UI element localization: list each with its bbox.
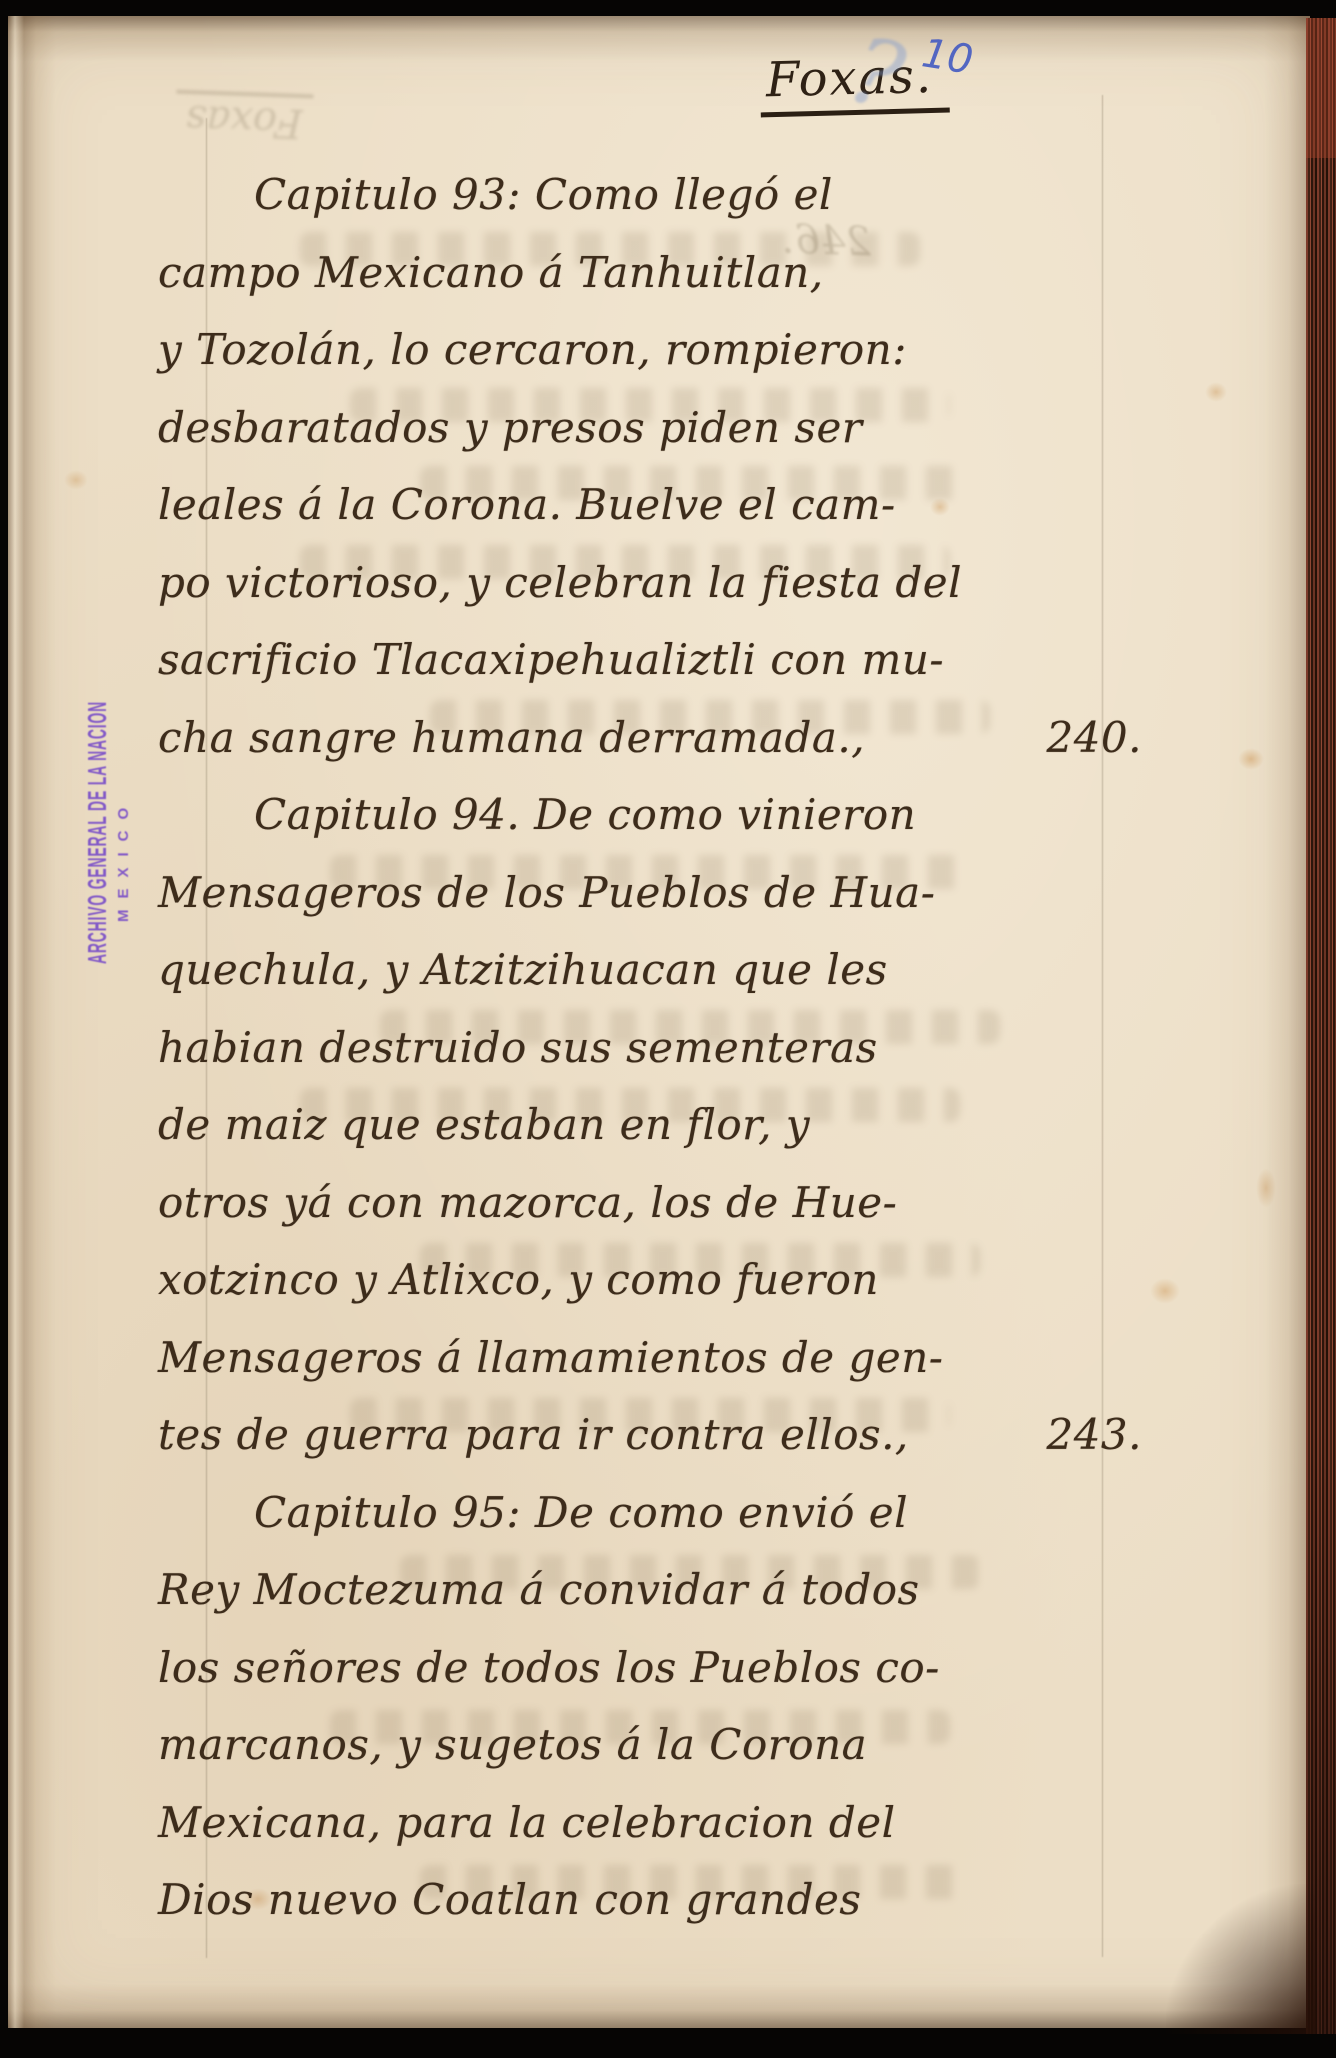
folio-reference-number: 240.	[1046, 699, 1150, 777]
toc-line: Capitulo 94. De como vinieron	[158, 776, 1150, 854]
toc-line: quechula, y Atzitzihuacan que les	[158, 931, 1150, 1009]
folio-number-blue: 10	[919, 30, 976, 83]
toc-line: otros yá con mazorca, los de Hue-	[158, 1164, 1150, 1242]
toc-line: Mensageros á llamamientos de gen-	[158, 1319, 1150, 1397]
toc-line: desbaratados y presos piden ser	[158, 389, 1150, 467]
toc-line-text: tes de guerra para ir contra ellos.,	[158, 1396, 909, 1474]
toc-entry-capitulo-94: Capitulo 94. De como vinieron Mensageros…	[158, 776, 1150, 1474]
toc-entry-capitulo-95: Capitulo 95: De como envió el Rey Moctez…	[158, 1474, 1150, 1939]
archive-stamp-line2: MEXICO	[115, 684, 132, 964]
foxing-spot	[1238, 748, 1264, 770]
toc-text-block: Capitulo 93: Como llegó el campo Mexican…	[158, 156, 1150, 1939]
book-fore-edge	[1306, 18, 1336, 2034]
bleedthrough-mirrored-title: Foxas	[175, 90, 313, 147]
toc-line: Mexicana, para la celebracion del	[158, 1784, 1150, 1862]
toc-line: Capitulo 95: De como envió el	[158, 1474, 1150, 1552]
archive-stamp-line1: ARCHIVO GENERAL DE LA NACION	[83, 701, 114, 964]
foxing-spot	[1150, 1278, 1180, 1304]
toc-line: de maiz que estaban en flor, y	[158, 1086, 1150, 1164]
toc-line: campo Mexicano á Tanhuitlan,	[158, 234, 1150, 312]
toc-line: y Tozolán, lo cercaron, rompieron:	[158, 311, 1150, 389]
toc-line: habian destruido sus sementeras	[158, 1009, 1150, 1087]
toc-line: leales á la Corona. Buelve el cam-	[158, 466, 1150, 544]
toc-line: po victorioso, y celebran la fiesta del	[158, 544, 1150, 622]
foxing-spot	[1256, 1168, 1276, 1208]
toc-line: los señores de todos los Pueblos co-	[158, 1629, 1150, 1707]
toc-line: tes de guerra para ir contra ellos., 243…	[158, 1396, 1150, 1474]
manuscript-photo: Foxas 246. Foxas. ? 10 ARCHIVO GENERAL D…	[0, 0, 1336, 2058]
binding-corner-shadow	[1166, 1884, 1316, 2034]
folio-reference-number: 243.	[1046, 1396, 1150, 1474]
foxing-spot	[1205, 382, 1227, 402]
toc-line: xotzinco y Atlixco, y como fueron	[158, 1241, 1150, 1319]
toc-line: Mensageros de los Pueblos de Hua-	[158, 854, 1150, 932]
toc-line: cha sangre humana derramada., 240.	[158, 699, 1150, 777]
toc-line: marcanos, y sugetos á la Corona	[158, 1706, 1150, 1784]
toc-line-text: cha sangre humana derramada.,	[158, 699, 865, 777]
archive-stamp: ARCHIVO GENERAL DE LA NACION MEXICO	[88, 684, 132, 964]
toc-line: Dios nuevo Coatlan con grandes	[158, 1861, 1150, 1939]
toc-line: Rey Moctezuma á convidar á todos	[158, 1551, 1150, 1629]
toc-entry-capitulo-93: Capitulo 93: Como llegó el campo Mexican…	[158, 156, 1150, 776]
toc-line: sacrificio Tlacaxipehualiztli con mu-	[158, 621, 1150, 699]
toc-line: Capitulo 93: Como llegó el	[158, 156, 1150, 234]
foxing-spot	[64, 470, 88, 490]
